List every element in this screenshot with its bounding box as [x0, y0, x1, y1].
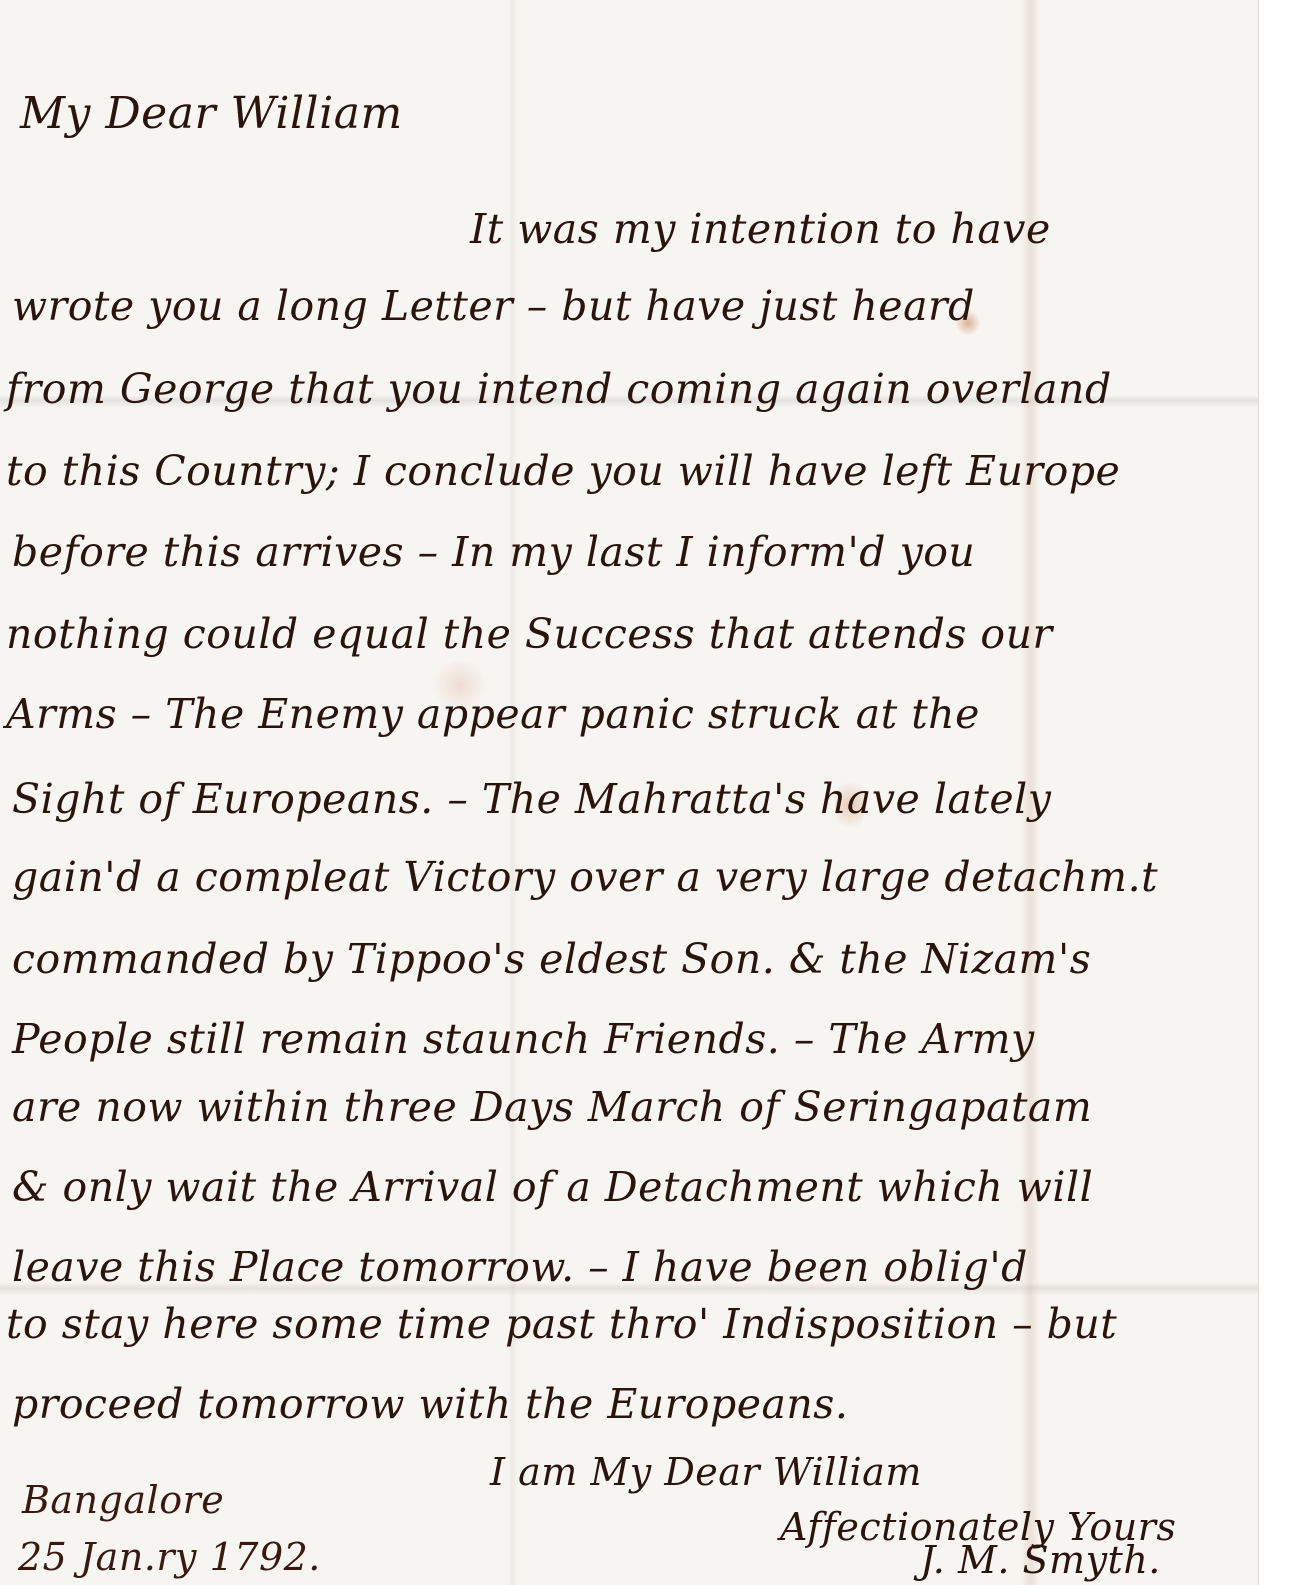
- letter-paper: My Dear William It was my intention to h…: [0, 0, 1259, 1585]
- body-line-2: wrote you a long Letter – but have just …: [12, 282, 975, 330]
- body-line-11: People still remain staunch Friends. – T…: [12, 1015, 1035, 1063]
- body-line-6: nothing could equal the Success that att…: [6, 610, 1053, 658]
- body-line-13: & only wait the Arrival of a Detachment …: [12, 1163, 1093, 1211]
- body-line-12: are now within three Days March of Serin…: [12, 1083, 1092, 1131]
- body-line-14: leave this Place tomorrow. – I have been…: [12, 1243, 1028, 1291]
- place: Bangalore: [22, 1478, 224, 1522]
- body-line-16: proceed tomorrow with the Europeans.: [12, 1380, 848, 1428]
- body-line-3: from George that you intend coming again…: [6, 365, 1112, 413]
- body-line-9: gain'd a compleat Victory over a very la…: [12, 853, 1158, 901]
- body-line-5: before this arrives – In my last I infor…: [12, 528, 975, 576]
- date: 25 Jan.ry 1792.: [18, 1535, 321, 1579]
- body-line-8: Sight of Europeans. – The Mahratta's hav…: [12, 775, 1051, 823]
- body-line-1: It was my intention to have: [470, 205, 1051, 253]
- closing-line: I am My Dear William: [490, 1450, 922, 1494]
- signature: J. M. Smyth.: [920, 1538, 1161, 1582]
- body-line-10: commanded by Tippoo's eldest Son. & the …: [12, 935, 1091, 983]
- body-line-15: to stay here some time past thro' Indisp…: [6, 1300, 1117, 1348]
- salutation: My Dear William: [20, 88, 403, 139]
- body-line-4: to this Country; I conclude you will hav…: [6, 447, 1120, 495]
- body-line-7: Arms – The Enemy appear panic struck at …: [6, 690, 980, 738]
